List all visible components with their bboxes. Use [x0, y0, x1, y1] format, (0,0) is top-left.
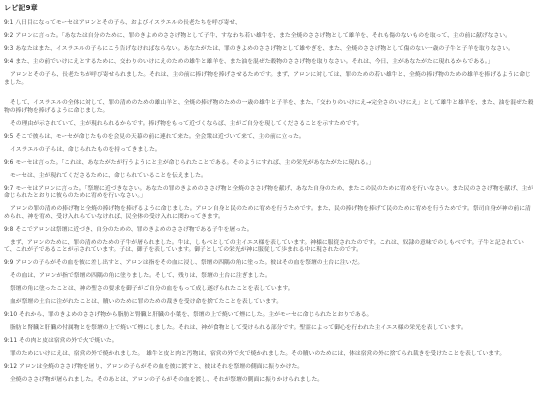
verse-text: それから、罪のきよめのささげ物から脂肪と腎臓と肝臓の小葉を、祭壇の上で焼いて煙に… [19, 312, 372, 318]
verse-line: 9:3あなたはまた、イスラエルの子らにこう告げなければならない。あなたがたは、罪… [4, 46, 535, 54]
verse-number: 9:1 [4, 20, 13, 26]
verse-number: 9:5 [4, 134, 13, 140]
commentary-line: アロンとその子ら、長老たちが呼び寄せられました。それは、主の前に捧げ物を捧げさせ… [4, 72, 535, 87]
verse-text: また、主の前でいけにえとするために、交わりのいけにえのための雄牛と雄羊を、また油… [15, 59, 493, 65]
commentary-line: 全焼のささげ物が屠られました。そのあとは、アロンの子らがその血を渡し、それが祭壇… [4, 377, 535, 385]
verse-line: 9:2アロンに言った。「あなたは自分のために、罪のきよめのささげ物として子牛、す… [4, 33, 535, 41]
verse-text: モーセは言った。「これは、あなたがたが行うようにと主が命じられたことである。その… [15, 160, 374, 166]
commentary-line: 血が祭壇の土台に注がれたことは、贖いのために罪のための裁きを受け命を捨てたことを… [4, 299, 535, 307]
verse-number: 9:8 [4, 227, 13, 233]
verse-line: 9:6モーセは言った。「これは、あなたがたが行うようにと主が命じられたことである… [4, 160, 535, 168]
verse-number: 9:12 [4, 364, 17, 370]
commentary-line: その血は、アロンが指で祭壇の四隅の角に塗りました。そして、残りは、祭壇の土台に注… [4, 273, 535, 281]
verse-number: 9:2 [4, 33, 13, 39]
verse-text: その肉と皮は宿営の外で火で焼いた。 [19, 338, 118, 344]
verse-line: 9:1八日目になってモーセはアロンとその子ら、およびイスラエルの長老たちを呼び寄… [4, 20, 535, 28]
verse-number: 9:9 [4, 260, 13, 266]
verse-text: そこで彼らは、モーセが命じたものを会見の天幕の前に連れて来た。全会衆は近づいて来… [15, 134, 304, 140]
verse-line: 9:11その肉と皮は宿営の外で火で焼いた。 [4, 338, 535, 346]
commentary-line: イスラエルの子らは、命じられたものを持ってきました。 [4, 147, 535, 155]
commentary-line: 脂肪と腎臓と肝臓の付属物とを祭壇の上で焼いて煙にしました。それは、神が食物として… [4, 325, 535, 333]
verse-text: あなたはまた、イスラエルの子らにこう告げなければならない。あなたがたは、罪のきよ… [15, 46, 513, 52]
verse-text: 八日目になってモーセはアロンとその子ら、およびイスラエルの長老たちを呼び寄せ、 [15, 20, 241, 26]
commentary-line: その理由が示されていて、主が現れられるからです。捧げ物をもって近づくならば、主が… [4, 121, 535, 129]
verse-text: アロンの子らがその血を彼に差し出すと、アロンは指をその血に浸し、祭壇の四隅の角に… [15, 260, 363, 266]
commentary-line: モーセは、主が現れてくださるために、命じられていることを伝えました。 [4, 173, 535, 181]
verse-text: アロンは全焼のささげ物を屠り、アロンの子らがその血を彼に渡すと、彼はそれを祭壇の… [19, 364, 303, 370]
commentary-line: アロンの罪の清めの捧げ物と全焼の捧げ物を捧げるように命じました。アロン自身と民の… [4, 206, 535, 221]
verse-line: 9:9アロンの子らがその血を彼に差し出すと、アロンは指をその血に浸し、祭壇の四隅… [4, 260, 535, 268]
verse-number: 9:7 [4, 186, 13, 192]
commentary-line: まず、アロンのために、罪の清めのための子牛が屠られました。牛は、しもべとしての主… [4, 240, 535, 255]
verse-line: 9:5そこで彼らは、モーセが命じたものを会見の天幕の前に連れて来た。全会衆は近づ… [4, 134, 535, 142]
verse-line: 9:7モーセはアロンに言った。「祭壇に近づきなさい。あなたの罪のきよめのささげ物… [4, 186, 535, 201]
verse-number: 9:10 [4, 312, 17, 318]
verse-line: 9:8そこでアロンは祭壇に近づき、自分のための、罪のきよめのささげ物である子牛を… [4, 227, 535, 235]
verse-line: 9:4また、主の前でいけにえとするために、交わりのいけにえのための雄牛と雄羊を、… [4, 59, 535, 67]
verse-number: 9:4 [4, 59, 13, 65]
commentary-line: 罪のためにいけにえは、宿営の外で焼かれました。 雄牛と皮と肉と汚物は、宿営の外で… [4, 351, 535, 359]
document-page: レビ記9章 9:1八日目になってモーセはアロンとその子ら、およびイスラエルの長老… [0, 0, 540, 385]
verse-text: モーセはアロンに言った。「祭壇に近づきなさい。あなたの罪のきよめのささげ物と全焼… [4, 186, 533, 200]
page-title: レビ記9章 [4, 3, 535, 13]
verse-number: 9:6 [4, 160, 13, 166]
verse-line: 9:12アロンは全焼のささげ物を屠り、アロンの子らがその血を彼に渡すと、彼はそれ… [4, 364, 535, 372]
verse-line: 9:10それから、罪のきよめのささげ物から脂肪と腎臓と肝臓の小葉を、祭壇の上で焼… [4, 312, 535, 320]
verse-number: 9:11 [4, 338, 17, 344]
commentary-line: 祭壇の角に塗ったことは、神の聖さの要求を御子がご自分の血をもって成し遂げられたこ… [4, 286, 535, 294]
verse-number: 9:3 [4, 46, 13, 52]
verse-text: そこでアロンは祭壇に近づき、自分のための、罪のきよめのささげ物である子牛を屠った… [15, 227, 252, 233]
verse-text: アロンに言った。「あなたは自分のために、罪のきよめのささげ物として子牛、すなわち… [15, 33, 511, 39]
commentary-line: そして、イスラエルの全体に対して、罪の清めのための雄山羊と、全焼の捧げ物のための… [4, 100, 535, 115]
